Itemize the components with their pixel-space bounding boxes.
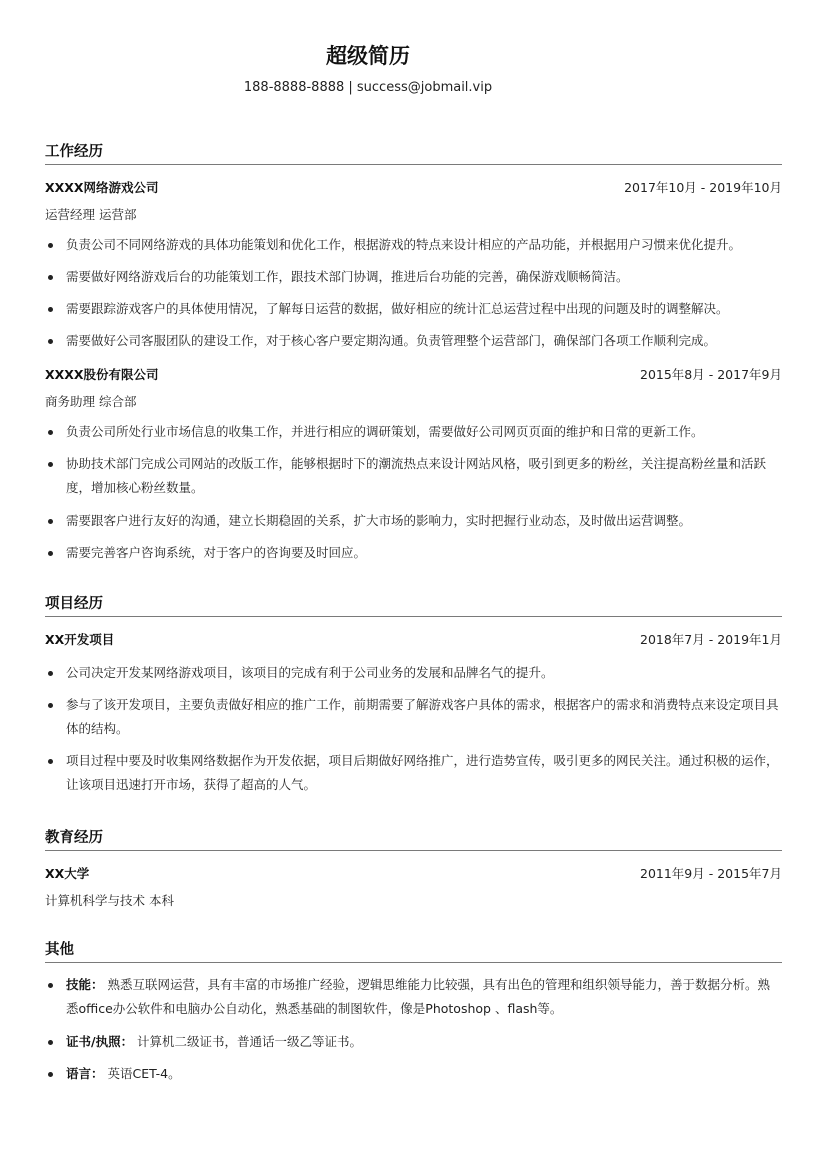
section-divider: [45, 164, 782, 165]
section-title-other: 其他: [45, 938, 74, 959]
bullet-icon: [48, 462, 53, 467]
list-item: 负责公司所处行业市场信息的收集工作，并进行相应的调研策划，需要做好公司网页页面的…: [45, 420, 782, 444]
major-degree: 计算机科学与技术 本科: [45, 891, 174, 909]
section-divider: [45, 850, 782, 851]
item-text: 熟悉互联网运营，具有丰富的市场推广经验，逻辑思维能力比较强，具有出色的管理和组织…: [66, 977, 770, 1016]
bullet-icon: [48, 671, 53, 676]
bullet-icon: [48, 275, 53, 280]
project-name: XX开发项目: [45, 630, 114, 648]
section-title-education: 教育经历: [45, 826, 103, 847]
company-name: XXXX网络游戏公司: [45, 178, 159, 196]
list-item: 参与了该开发项目，主要负责做好相应的推广工作，前期需要了解游戏客户具体的需求，根…: [45, 693, 782, 741]
bullet-icon: [48, 1072, 53, 1077]
item-label: 证书/执照：: [66, 1034, 133, 1049]
list-item: 项目过程中要及时收集网络数据作为开发依据，项目后期做好网络推广，进行造势宣传，吸…: [45, 749, 782, 797]
contact-info: 188-8888-8888 | success@jobmail.vip: [0, 80, 781, 95]
list-item: 负责公司不同网络游戏的具体功能策划和优化工作，根据游戏的特点来设计相应的产品功能…: [45, 233, 782, 257]
list-item: 公司决定开发某网络游戏项目，该项目的完成有利于公司业务的发展和品牌名气的提升。: [45, 661, 782, 685]
item-text: 英语CET-4。: [104, 1066, 181, 1081]
bullet-icon: [48, 759, 53, 764]
list-item: 需要完善客户咨询系统，对于客户的咨询要及时回应。: [45, 541, 782, 565]
list-item: 需要跟客户进行友好的沟通，建立长期稳固的关系，扩大市场的影响力，实时把握行业动态…: [45, 509, 782, 533]
date-range: 2018年7月 - 2019年1月: [640, 630, 782, 648]
item-label: 技能：: [66, 977, 104, 992]
bullet-icon: [48, 339, 53, 344]
bullet-icon: [48, 519, 53, 524]
section-divider: [45, 616, 782, 617]
section-divider: [45, 962, 782, 963]
date-range: 2015年8月 - 2017年9月: [640, 365, 782, 383]
list-item: 协助技术部门完成公司网站的改版工作，能够根据时下的潮流热点来设计网站风格，吸引到…: [45, 452, 782, 500]
job-role: 商务助理 综合部: [45, 392, 136, 410]
bullet-icon: [48, 703, 53, 708]
bullet-icon: [48, 551, 53, 556]
list-item-certificates: 证书/执照： 计算机二级证书，普通话一级乙等证书。: [45, 1030, 782, 1054]
section-title-work: 工作经历: [45, 140, 103, 161]
bullet-icon: [48, 1040, 53, 1045]
job-role: 运营经理 运营部: [45, 205, 136, 223]
item-label: 语言：: [66, 1066, 104, 1081]
bullet-icon: [48, 243, 53, 248]
company-name: XXXX股份有限公司: [45, 365, 159, 383]
date-range: 2011年9月 - 2015年7月: [640, 864, 782, 882]
list-item-skills: 技能： 熟悉互联网运营，具有丰富的市场推广经验，逻辑思维能力比较强，具有出色的管…: [45, 973, 782, 1021]
resume-title: 超级简历: [0, 40, 781, 70]
bullet-icon: [48, 307, 53, 312]
bullet-icon: [48, 983, 53, 988]
list-item: 需要做好公司客服团队的建设工作，对于核心客户要定期沟通。负责管理整个运营部门，确…: [45, 329, 782, 353]
list-item-language: 语言： 英语CET-4。: [45, 1062, 782, 1086]
section-title-projects: 项目经历: [45, 592, 103, 613]
item-text: 计算机二级证书，普通话一级乙等证书。: [133, 1034, 362, 1049]
school-name: XX大学: [45, 864, 89, 882]
list-item: 需要跟踪游戏客户的具体使用情况，了解每日运营的数据，做好相应的统计汇总运营过程中…: [45, 297, 782, 321]
date-range: 2017年10月 - 2019年10月: [624, 178, 782, 196]
list-item: 需要做好网络游戏后台的功能策划工作，跟技术部门协调，推进后台功能的完善，确保游戏…: [45, 265, 782, 289]
bullet-icon: [48, 430, 53, 435]
